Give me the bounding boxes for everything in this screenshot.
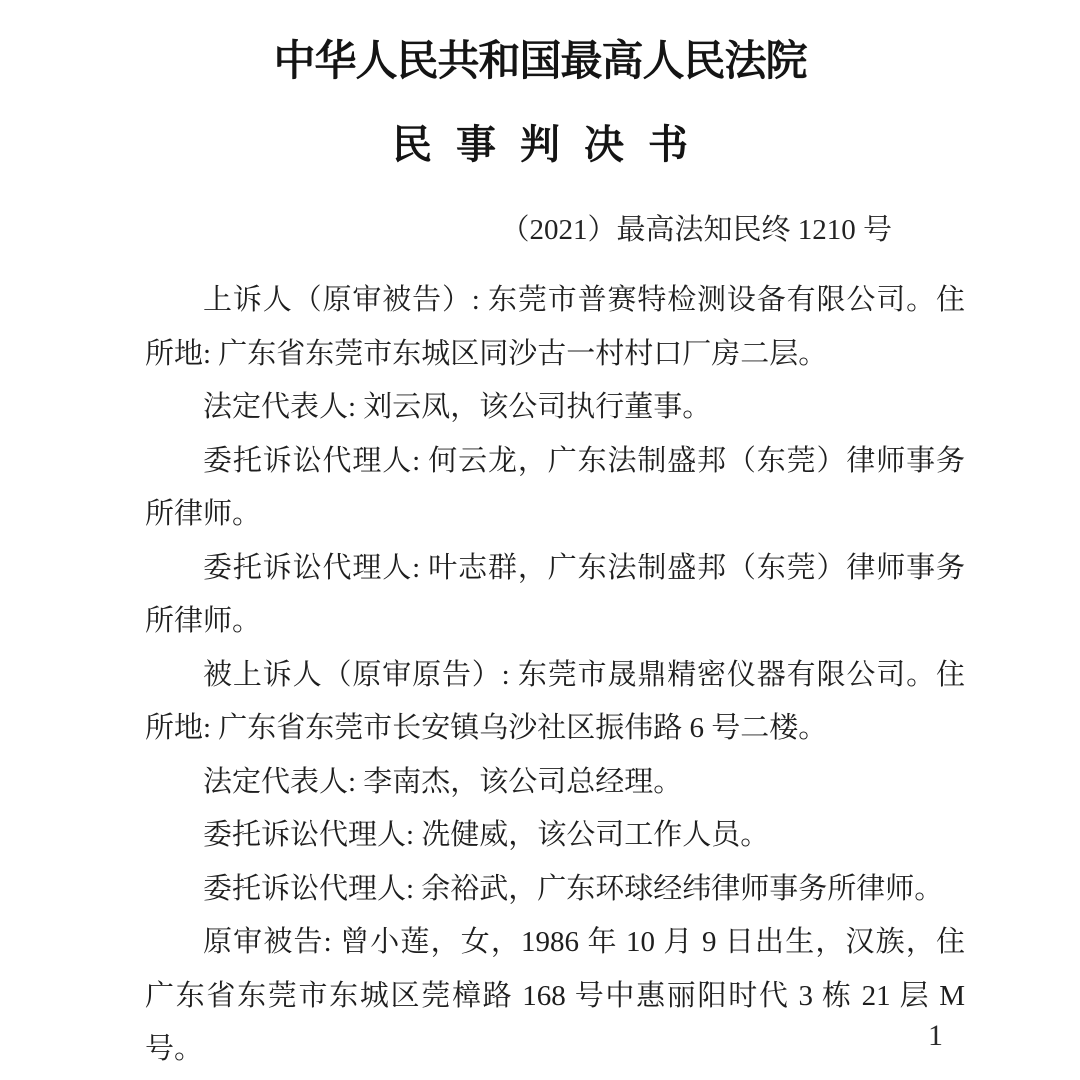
page-number: 1 <box>928 1018 943 1054</box>
judgment-document-page: 中华人民共和国最高人民法院 民 事 判 决 书 （2021）最高法知民终 121… <box>0 0 1080 1080</box>
paragraph-appellant-legal-representative: 法定代表人: 刘云凤，该公司执行董事。 <box>145 381 965 435</box>
paragraph-appellant-agent-2: 委托诉讼代理人: 叶志群，广东法制盛邦（东莞）律师事务所律师。 <box>145 542 965 649</box>
parties-section: 上诉人（原审被告）: 东莞市普赛特检测设备有限公司。住所地: 广东省东莞市东城区… <box>0 274 1080 1077</box>
document-header: 中华人民共和国最高人民法院 民 事 判 决 书 （2021）最高法知民终 121… <box>0 0 1080 250</box>
paragraph-appellant-info: 上诉人（原审被告）: 东莞市普赛特检测设备有限公司。住所地: 广东省东莞市东城区… <box>145 274 965 381</box>
court-name-title: 中华人民共和国最高人民法院 <box>0 36 1080 88</box>
paragraph-appellee-agent-1: 委托诉讼代理人: 冼健威，该公司工作人员。 <box>145 809 965 863</box>
paragraph-appellee-agent-2: 委托诉讼代理人: 余裕武，广东环球经纬律师事务所律师。 <box>145 863 965 917</box>
paragraph-appellee-info: 被上诉人（原审原告）: 东莞市晟鼎精密仪器有限公司。住所地: 广东省东莞市长安镇… <box>145 649 965 756</box>
paragraph-appellant-agent-1: 委托诉讼代理人: 何云龙，广东法制盛邦（东莞）律师事务所律师。 <box>145 435 965 542</box>
paragraph-appellee-legal-representative: 法定代表人: 李南杰，该公司总经理。 <box>145 756 965 810</box>
paragraph-original-defendant-info: 原审被告: 曾小莲，女，1986 年 10 月 9 日出生，汉族，住广东省东莞市… <box>145 916 965 1077</box>
case-number: （2021）最高法知民终 1210 号 <box>0 210 1080 250</box>
document-type-title: 民 事 判 决 书 <box>0 122 1080 168</box>
